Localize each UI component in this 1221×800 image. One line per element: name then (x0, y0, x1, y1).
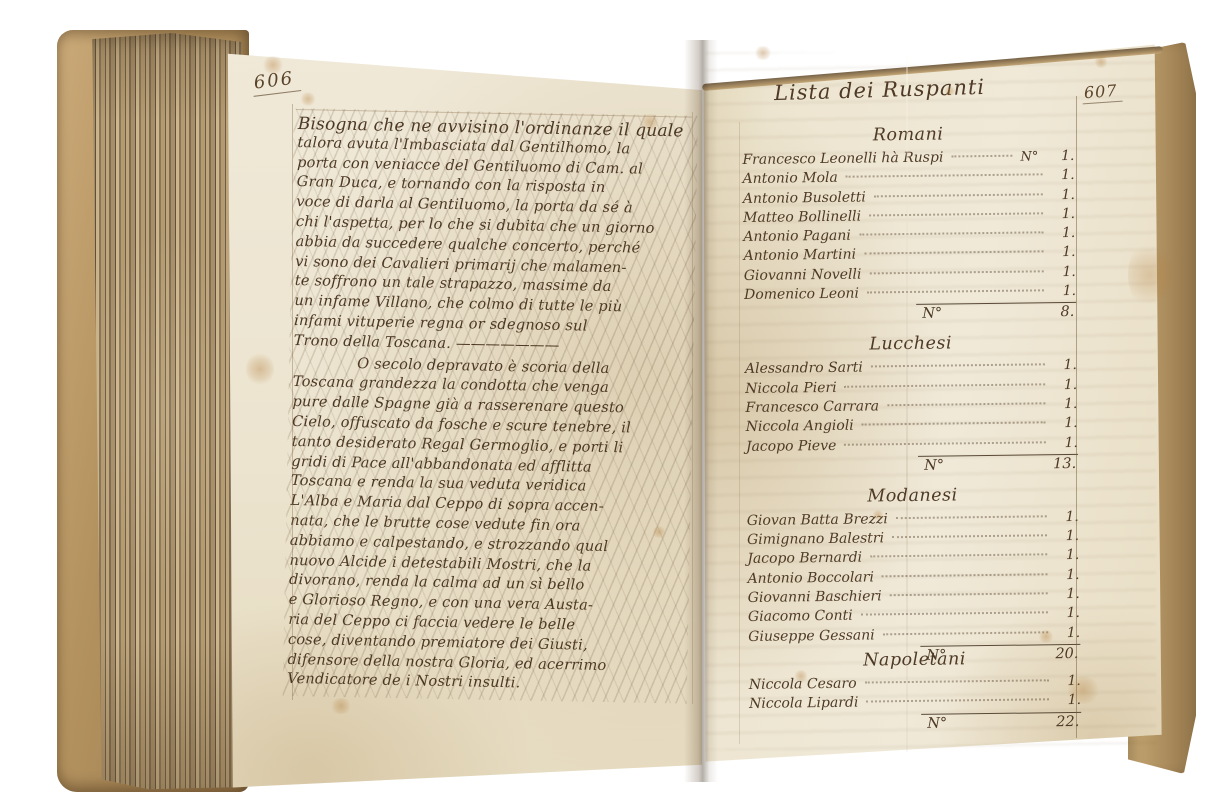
entry-name: Antonio Pagani (743, 228, 851, 245)
numero-abbrev: N° (924, 457, 944, 473)
dotted-leader (887, 402, 1045, 406)
entry-name: Antonio Boccolari (747, 569, 874, 587)
entry-name: Francesco Carrara (745, 398, 879, 416)
dotted-leader (864, 251, 1043, 255)
left-fore-edge-page-stack (86, 30, 242, 790)
section-rows: Alessandro Sarti 1. Niccola Pieri 1. Fra… (745, 357, 1078, 458)
dotted-leader (844, 441, 1046, 445)
dotted-leader (867, 289, 1044, 293)
section-total-row: N° 13. (918, 454, 1078, 479)
list-section: Romani Francesco Leonelli hà Ruspi N° 1.… (742, 123, 1076, 329)
entry-count: 1. (1053, 396, 1077, 412)
entry-name: Francesco Leonelli hà Ruspi (742, 150, 943, 168)
dotted-leader (882, 573, 1048, 577)
dotted-leader (871, 364, 1045, 368)
entry-count: 1. (1051, 187, 1075, 203)
entry-count: 1. (1051, 244, 1075, 260)
entry-count: 1. (1052, 264, 1076, 280)
dotted-leader (869, 212, 1043, 216)
dotted-leader (845, 383, 1046, 387)
entry-name: Antonio Martini (743, 247, 856, 264)
numero-abbrev: N° (1020, 149, 1038, 164)
entry-count: 1. (1050, 148, 1074, 164)
entry-name: Niccola Angioli (746, 418, 854, 435)
entry-name: Jacopo Pieve (746, 437, 837, 454)
right-page-margin-rule (739, 122, 740, 744)
dotted-leader (846, 174, 1043, 178)
entry-count: 1. (1052, 283, 1076, 299)
entry-name: Giovan Batta Brezzi (747, 511, 888, 529)
paragraph: Bisogna che ne avvisino l'ordinanze il q… (293, 114, 695, 359)
section-total-value: 8. (1060, 304, 1074, 320)
page-number-right: 607 (1081, 81, 1122, 105)
dotted-leader (865, 679, 1049, 683)
list-section: Modanesi Giovan Batta Brezzi 1. Gimignan… (746, 484, 1080, 671)
entry-name: Antonio Busoletti (743, 189, 866, 207)
entry-name: Niccola Cesaro (749, 676, 857, 693)
entry-count: 1. (1057, 692, 1081, 708)
dotted-leader (866, 699, 1049, 703)
entry-name: Niccola Lipardi (749, 695, 859, 712)
left-page-margin-rule (292, 104, 293, 700)
right-page-number-column-rule (1076, 96, 1077, 738)
list-section: Napoletani Niccola Cesaro 1. Niccola Lip… (748, 648, 1081, 739)
dotted-leader (892, 534, 1047, 538)
section-total-row: N° 8. (916, 302, 1076, 327)
section-rows: Giovan Batta Brezzi 1. Gimignano Balestr… (747, 509, 1081, 648)
dotted-leader (862, 422, 1046, 426)
foxing-spot (754, 46, 772, 60)
dotted-leader (870, 554, 1047, 558)
entry-count: 1. (1053, 377, 1077, 393)
numero-abbrev: N° (927, 715, 947, 731)
dotted-leader (896, 515, 1047, 519)
entry-count: 1. (1051, 167, 1075, 183)
entry-count: 1. (1054, 434, 1078, 450)
list-section: Lucchesi Alessandro Sarti 1. Niccola Pie… (745, 332, 1079, 481)
section-total-row: N° 22. (921, 711, 1081, 736)
dotted-leader (883, 631, 1049, 635)
entry-name: Gimignano Balestri (747, 530, 884, 548)
entry-name: Matteo Bollinelli (743, 208, 861, 225)
entry-count: 1. (1054, 415, 1078, 431)
entry-name: Giacomo Conti (748, 608, 853, 625)
ruspanti-list: Romani Francesco Leonelli hà Ruspi N° 1.… (742, 123, 1082, 746)
entry-name: Alessandro Sarti (745, 360, 863, 377)
section-total-value: 13. (1053, 456, 1076, 472)
numero-abbrev: N° (922, 306, 942, 322)
dotted-leader (869, 270, 1043, 274)
entry-name: Giovanni Baschieri (748, 588, 882, 606)
entry-count: 1. (1051, 206, 1075, 222)
dotted-leader (861, 612, 1048, 616)
dotted-leader (874, 193, 1043, 197)
dotted-leader (890, 592, 1048, 596)
paragraph: O secolo depravato è scoria dellaToscana… (287, 354, 691, 698)
left-page-right-rule (692, 112, 693, 704)
entry-name: Jacopo Bernardi (747, 550, 862, 567)
entry-count: 1. (1057, 673, 1081, 689)
entry-name: Domenico Leoni (744, 286, 859, 303)
entry-count: 1. (1051, 225, 1075, 241)
photo-background: 606 Bisogna che ne avvisino l'ordinanze … (0, 0, 1221, 800)
entry-name: Niccola Pieri (745, 380, 837, 397)
section-rows: Niccola Cesaro 1. Niccola Lipardi 1. (749, 673, 1081, 716)
entry-name: Antonio Mola (743, 170, 838, 187)
left-text-block: Bisogna che ne avvisino l'ordinanze il q… (287, 114, 696, 698)
entry-name: Giovanni Novelli (744, 266, 862, 283)
section-rows: Francesco Leonelli hà Ruspi N° 1. Antoni… (742, 148, 1076, 306)
dotted-leader (951, 155, 1012, 158)
dotted-leader (859, 232, 1044, 236)
entry-count: 1. (1053, 357, 1077, 373)
entry-name: Giuseppe Gessani (748, 627, 875, 645)
